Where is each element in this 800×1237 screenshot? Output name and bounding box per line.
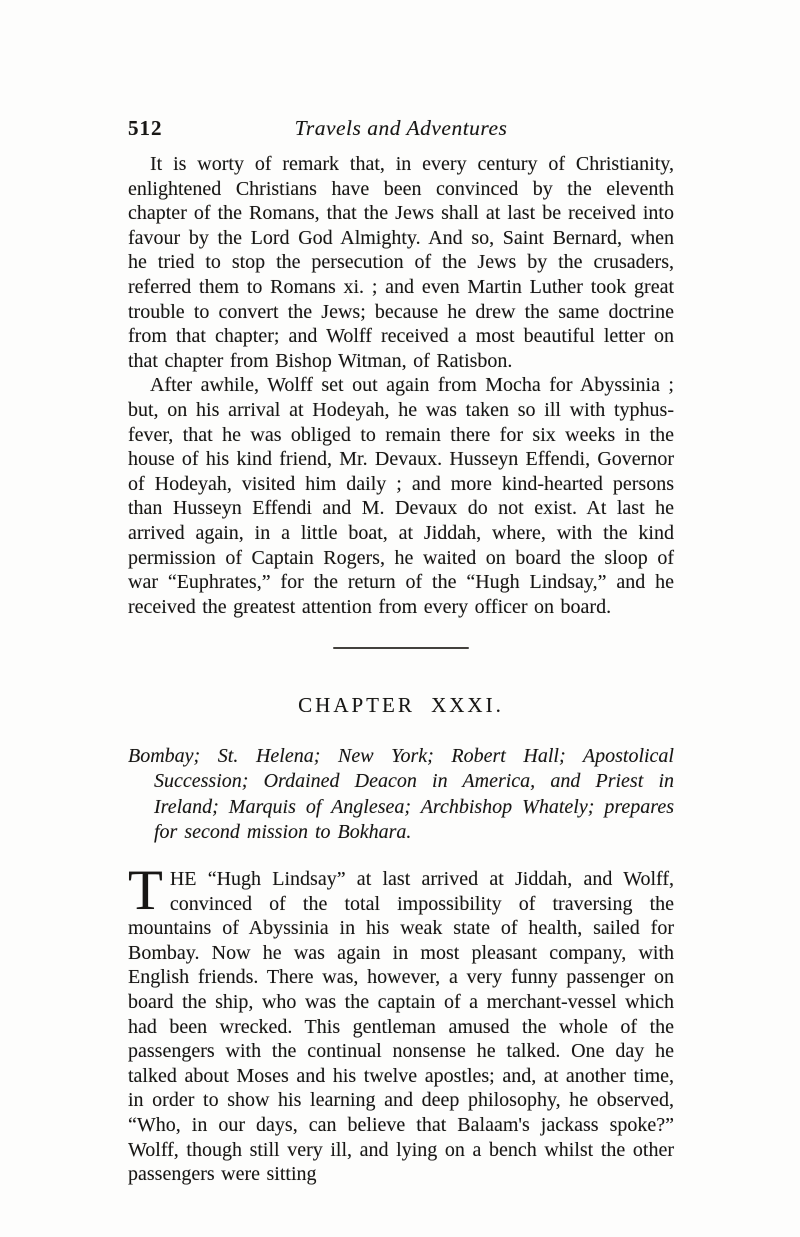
chapter-heading: CHAPTER XXXI. [128, 693, 674, 718]
section-divider [333, 647, 469, 649]
chapter-opening-paragraph: THE “Hugh Lindsay” at last arrived at Ji… [128, 867, 674, 1187]
chapter-opening-text: HE “Hugh Lindsay” at last arrived at Jid… [128, 868, 674, 1185]
page-header: 512 Travels and Adventures [128, 116, 674, 144]
drop-cap-letter: T [128, 867, 170, 915]
running-header-title: Travels and Adventures [128, 116, 674, 141]
paragraph-wolff-journey: After awhile, Wolff set out again from M… [128, 373, 674, 619]
chapter-summary: Bombay; St. Helena; New York; Robert Hal… [128, 744, 674, 845]
book-page: 512 Travels and Adventures It is worty o… [0, 0, 800, 1237]
page-number: 512 [128, 116, 163, 141]
paragraph-remark-on-christianity: It is worty of remark that, in every cen… [128, 152, 674, 373]
